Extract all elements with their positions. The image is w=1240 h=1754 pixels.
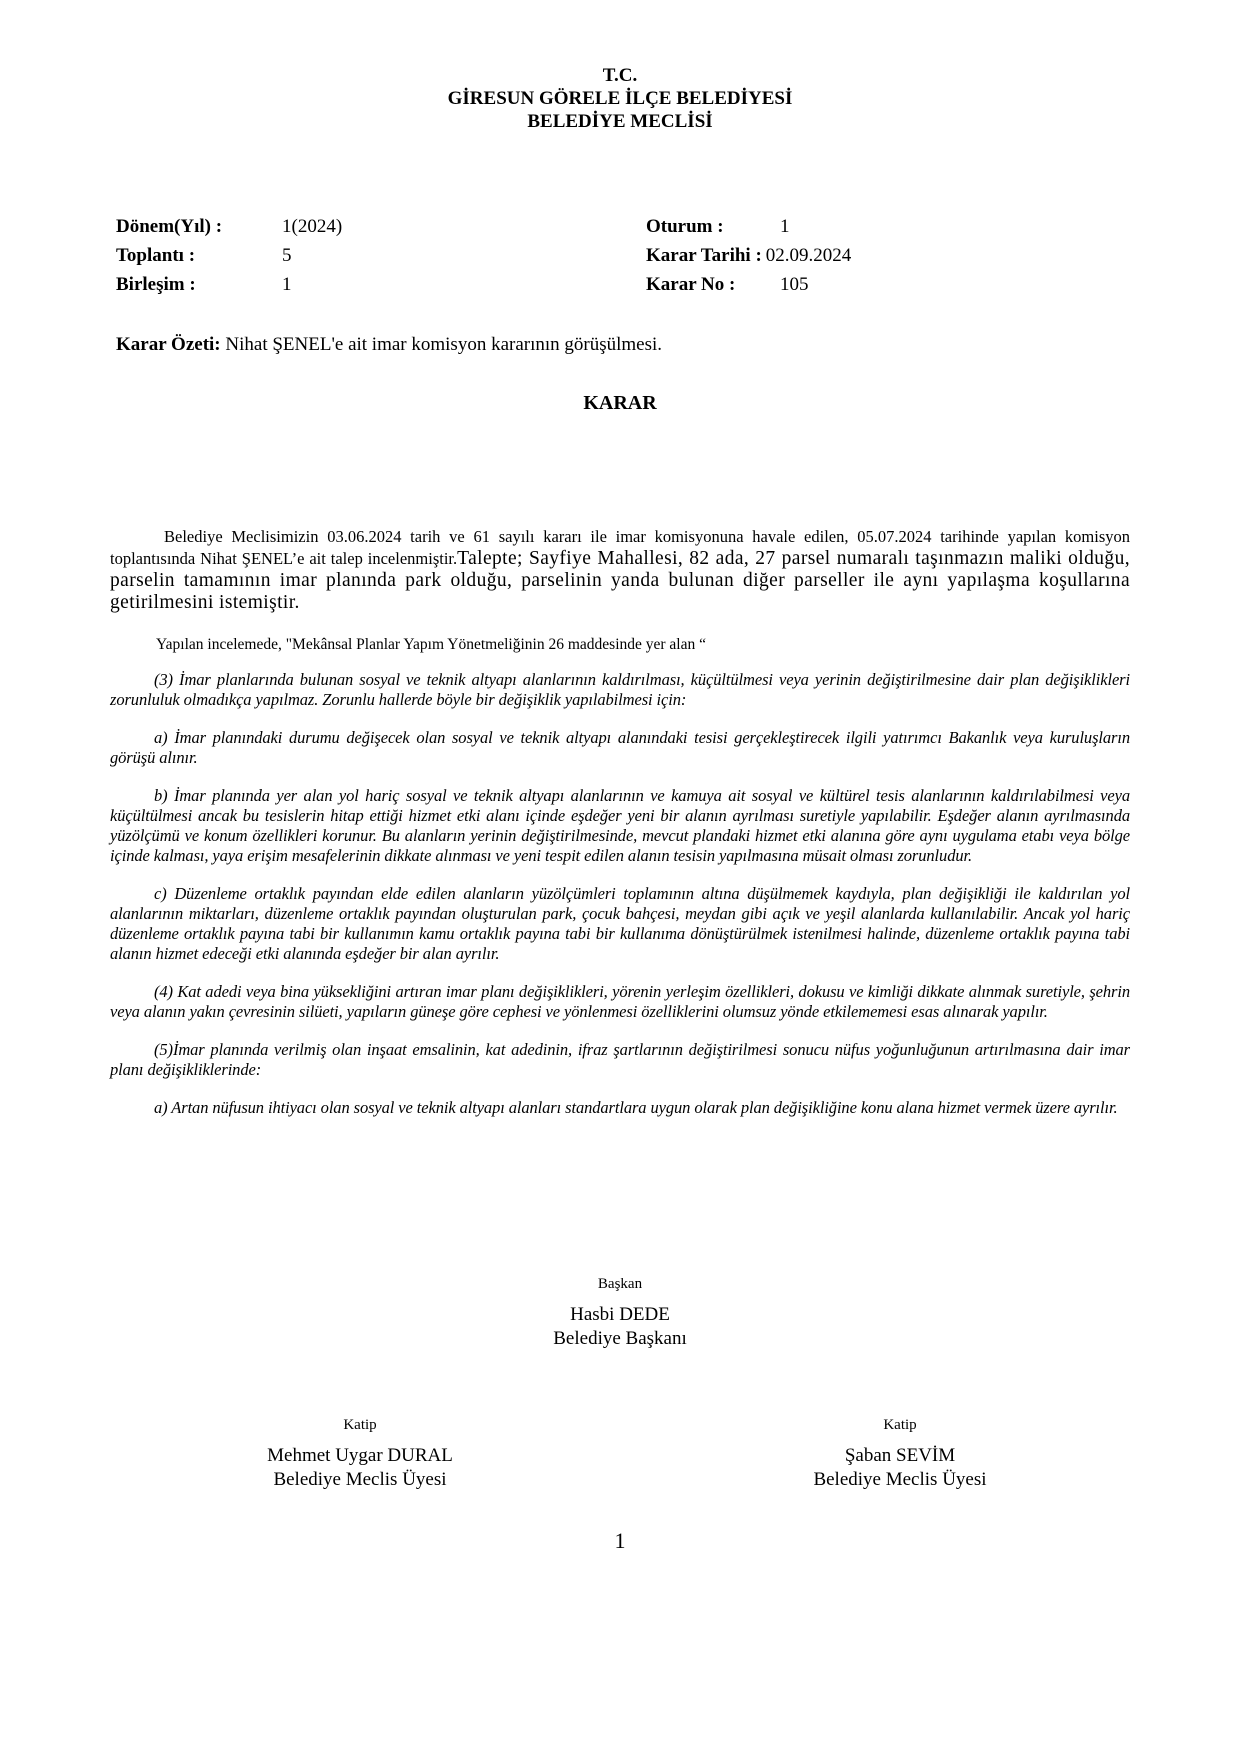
decision-body: Belediye Meclisimizin 03.06.2024 tarih v… [110, 526, 1130, 1118]
summary-text: Nihat ŞENEL'e ait imar komisyon kararını… [225, 334, 662, 355]
signature-role: Başkan [420, 1274, 820, 1294]
meta-value: 1 [780, 212, 790, 241]
regulation-clause-3a: a) İmar planındaki durumu değişecek olan… [110, 728, 1130, 768]
regulation-clause-3: (3) İmar planlarında bulunan sosyal ve t… [110, 670, 1130, 710]
regulation-clause-5a: a) Artan nüfusun ihtiyacı olan sosyal ve… [110, 1098, 1130, 1118]
signature-katip-right: Katip Şaban SEVİM Belediye Meclis Üyesi [750, 1415, 1050, 1492]
signature-katip-left: Katip Mehmet Uygar DURAL Belediye Meclis… [210, 1415, 510, 1492]
meta-karar-no: Karar No : 105 [646, 270, 851, 299]
meta-value: 5 [282, 241, 292, 270]
decision-summary: Karar Özeti: Nihat ŞENEL'e ait imar komi… [116, 334, 662, 356]
meta-label: Oturum : [646, 212, 780, 241]
meta-value: 1(2024) [282, 212, 342, 241]
meta-label: Birleşim : [116, 270, 282, 299]
header-council: BELEDİYE MECLİSİ [0, 110, 1240, 133]
signature-name: Mehmet Uygar DURAL [210, 1444, 510, 1468]
document-header: T.C. GİRESUN GÖRELE İLÇE BELEDİYESİ BELE… [0, 64, 1240, 133]
signature-baskan: Başkan Hasbi DEDE Belediye Başkanı [420, 1274, 820, 1351]
regulation-clause-3c: c) Düzenleme ortaklık payından elde edil… [110, 884, 1130, 964]
meta-birlesim: Birleşim : 1 [116, 270, 342, 299]
signature-title: Belediye Başkanı [420, 1327, 820, 1351]
signature-name: Hasbi DEDE [420, 1303, 820, 1327]
meta-label: Toplantı : [116, 241, 282, 270]
meta-label: Dönem(Yıl) : [116, 212, 282, 241]
header-tc: T.C. [0, 64, 1240, 87]
summary-label: Karar Özeti: [116, 334, 221, 355]
regulation-lead: Yapılan incelemede, "Mekânsal Planlar Ya… [110, 636, 1130, 654]
regulation-clause-4: (4) Kat adedi veya bina yüksekliğini art… [110, 982, 1130, 1022]
signature-name: Şaban SEVİM [750, 1444, 1050, 1468]
header-municipality: GİRESUN GÖRELE İLÇE BELEDİYESİ [0, 87, 1240, 110]
meta-label: Karar No : [646, 270, 780, 299]
meta-donem: Dönem(Yıl) : 1(2024) [116, 212, 342, 241]
page-number: 1 [0, 1528, 1240, 1554]
meta-value: 105 [780, 270, 809, 299]
regulation-clause-5: (5)İmar planında verilmiş olan inşaat em… [110, 1040, 1130, 1080]
meta-label: Karar Tarihi : [646, 241, 762, 270]
meta-left-block: Dönem(Yıl) : 1(2024) Toplantı : 5 Birleş… [116, 212, 342, 299]
intro-paragraph: Belediye Meclisimizin 03.06.2024 tarih v… [110, 526, 1130, 614]
regulation-clause-3b: b) İmar planında yer alan yol hariç sosy… [110, 786, 1130, 866]
meta-toplanti: Toplantı : 5 [116, 241, 342, 270]
signature-title: Belediye Meclis Üyesi [210, 1468, 510, 1492]
signature-role: Katip [210, 1415, 510, 1435]
meta-oturum: Oturum : 1 [646, 212, 851, 241]
meta-value: 02.09.2024 [766, 241, 852, 270]
meta-right-block: Oturum : 1 Karar Tarihi : 02.09.2024 Kar… [646, 212, 851, 299]
signature-role: Katip [750, 1415, 1050, 1435]
meta-karar-tarihi: Karar Tarihi : 02.09.2024 [646, 241, 851, 270]
meta-value: 1 [282, 270, 292, 299]
document-page: T.C. GİRESUN GÖRELE İLÇE BELEDİYESİ BELE… [0, 0, 1240, 1754]
signature-title: Belediye Meclis Üyesi [750, 1468, 1050, 1492]
decision-title: KARAR [0, 392, 1240, 415]
